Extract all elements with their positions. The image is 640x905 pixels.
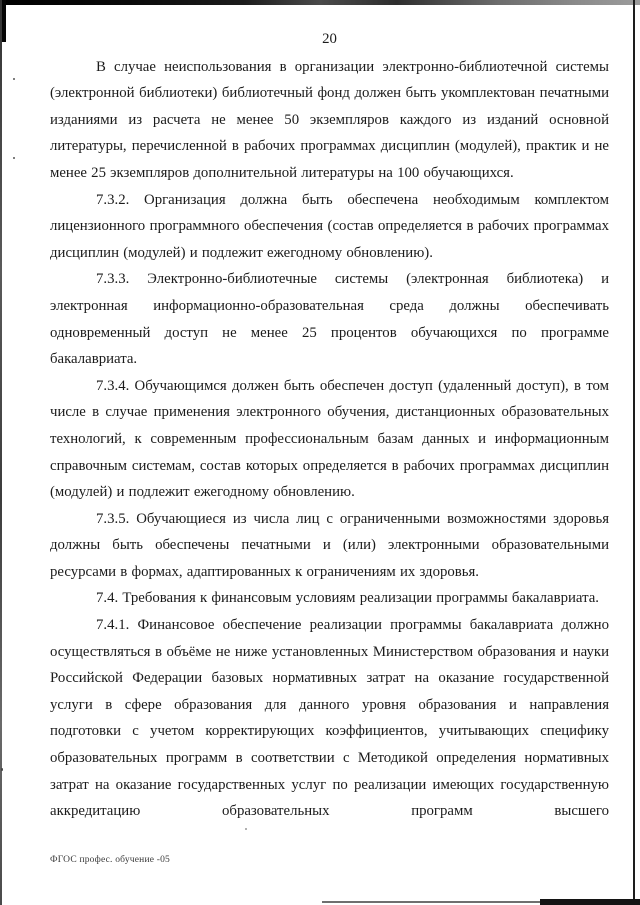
scan-speck (13, 157, 15, 159)
document-body: 20 В случае неиспользования в организаци… (50, 26, 609, 825)
scan-speck (245, 828, 247, 830)
scan-speck (13, 78, 15, 80)
scan-edge-right (633, 0, 635, 905)
scan-edge-top (0, 0, 640, 5)
paragraph-7-4-financial-requirements: 7.4. Требования к финансовым условиям ре… (50, 585, 609, 612)
paragraph-7-3-3-ebs-access: 7.3.3. Электронно-библиотечные системы (… (50, 266, 609, 372)
paragraph-7-3-4-remote-access: 7.3.4. Обучающимся должен быть обеспечен… (50, 373, 609, 506)
paragraph-7-4-1-financial-support: 7.4.1. Финансовое обеспечение реализации… (50, 612, 609, 825)
page-number: 20 (50, 26, 609, 53)
paragraph-7-3-2-software: 7.3.2. Организация должна быть обеспечен… (50, 187, 609, 267)
scanned-document-page: 20 В случае неиспользования в организаци… (0, 0, 640, 905)
document-footer-imprint: ФГОС профес. обучение -05 (50, 855, 170, 865)
scan-edge-bottom-black (540, 899, 640, 905)
paragraph-library-fund: В случае неиспользования в организации э… (50, 54, 609, 187)
paragraph-7-3-5-disabilities: 7.3.5. Обучающиеся из числа лиц с ограни… (50, 506, 609, 586)
scan-edge-bottom-grey (322, 901, 542, 903)
scan-speck (1, 768, 3, 771)
